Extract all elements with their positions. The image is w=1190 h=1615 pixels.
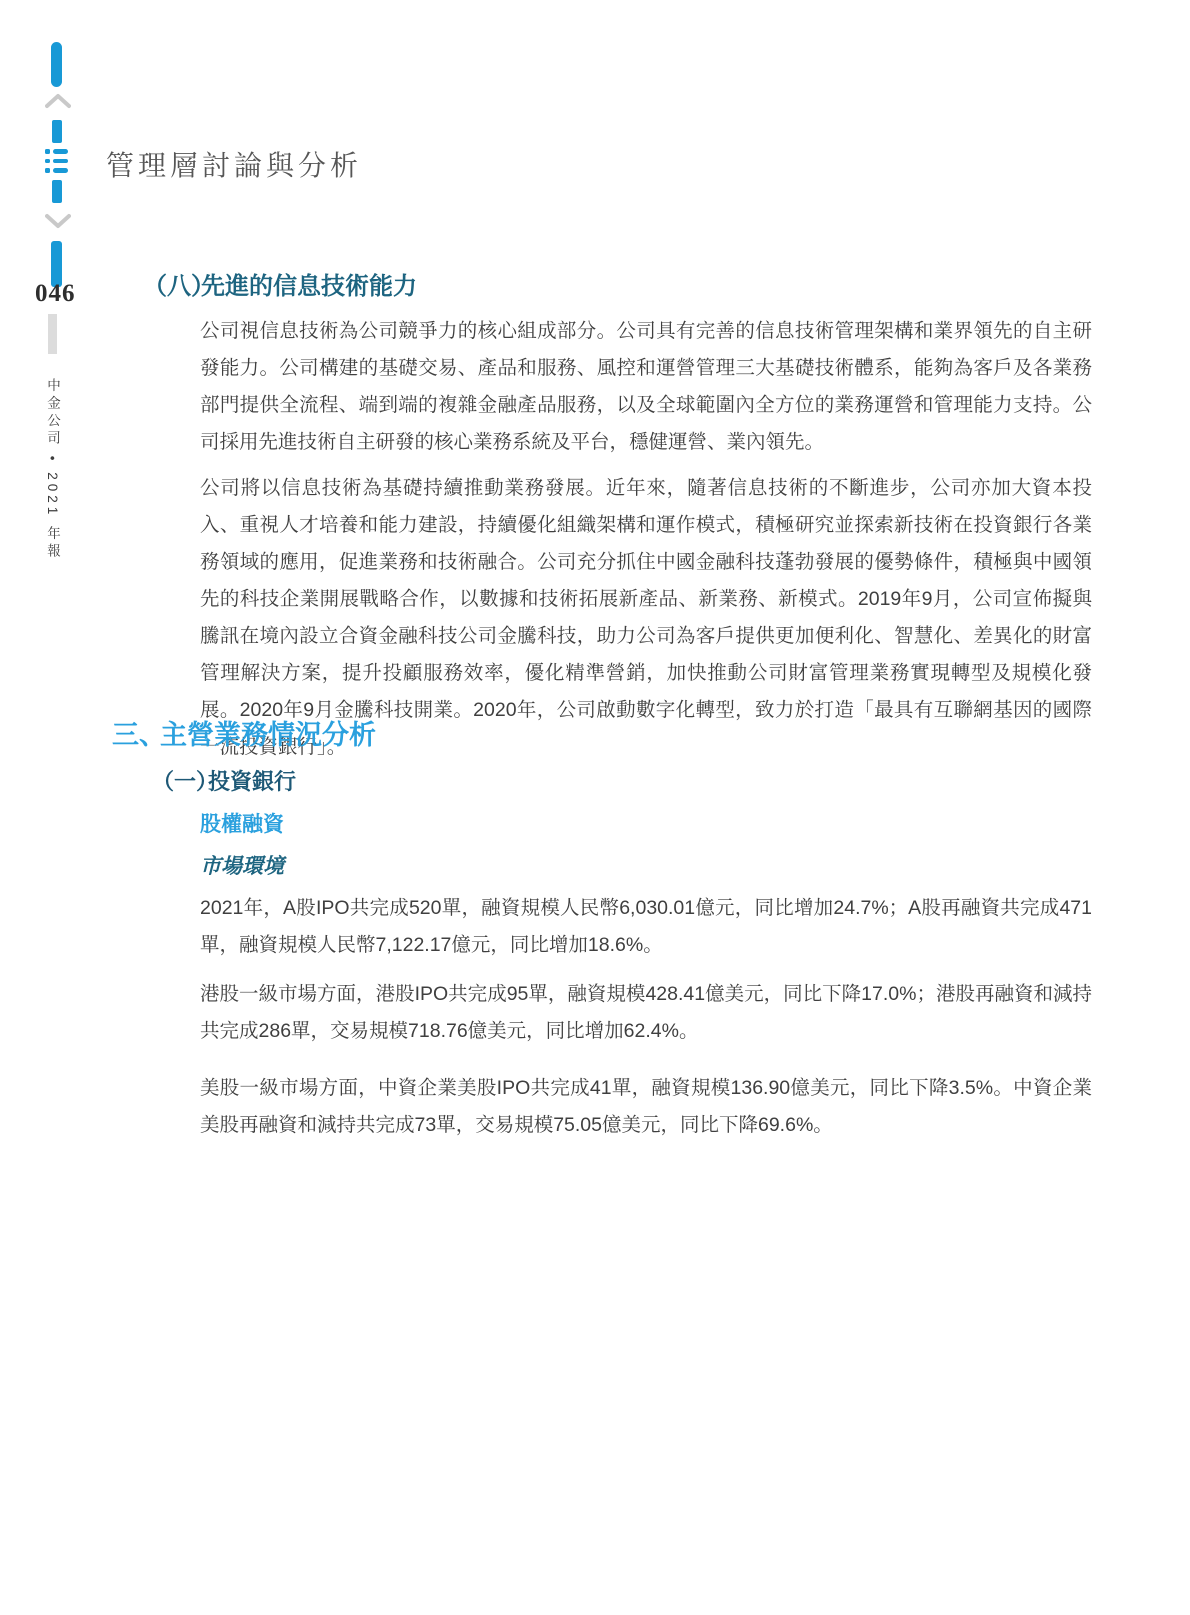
heading-market-environment: 市場環境 — [200, 850, 284, 880]
paragraph-it-capability-1: 公司視信息技術為公司競爭力的核心組成部分。公司具有完善的信息技術管理架構和業界領… — [200, 313, 1092, 461]
subsection-heading-investment-banking: （一） 投資銀行 — [152, 765, 296, 796]
paragraph-a-share-market: 2021年，A股IPO共完成520單，融資規模人民幣6,030.01億元，同比增… — [200, 890, 1092, 964]
paragraph-us-market: 美股一級市場方面，中資企業美股IPO共完成41單，融資規模136.90億美元，同… — [200, 1070, 1092, 1144]
list-icon — [45, 149, 68, 173]
page-number-tick — [48, 314, 57, 354]
section-heading-text: 主營業務情況分析 — [160, 713, 376, 752]
report-edition-label: 中金公司 • 2021 年報 — [42, 378, 62, 598]
rail-top-bar — [51, 42, 62, 87]
chevron-down-icon — [45, 212, 71, 230]
subsection-heading-text: 投資銀行 — [208, 765, 296, 796]
rail-square-bottom — [52, 180, 62, 203]
page-title: 管理層討論與分析 — [106, 144, 362, 184]
paragraph-hk-market: 港股一級市場方面，港股IPO共完成95單，融資規模428.41億美元，同比下降1… — [200, 976, 1092, 1050]
rail-square-top — [52, 120, 62, 143]
section-heading-number: 三、 — [112, 713, 160, 752]
page-number: 046 — [35, 280, 76, 308]
section-heading-text: 先進的信息技術能力 — [201, 266, 417, 301]
section-heading-advanced-it: （八） 先進的信息技術能力 — [143, 266, 417, 301]
heading-equity-financing: 股權融資 — [200, 808, 284, 838]
section-heading-number: （八） — [143, 266, 201, 301]
section-heading-main-business: 三、 主營業務情況分析 — [112, 713, 376, 752]
subsection-heading-number: （一） — [152, 765, 208, 796]
chevron-up-icon — [45, 92, 71, 110]
